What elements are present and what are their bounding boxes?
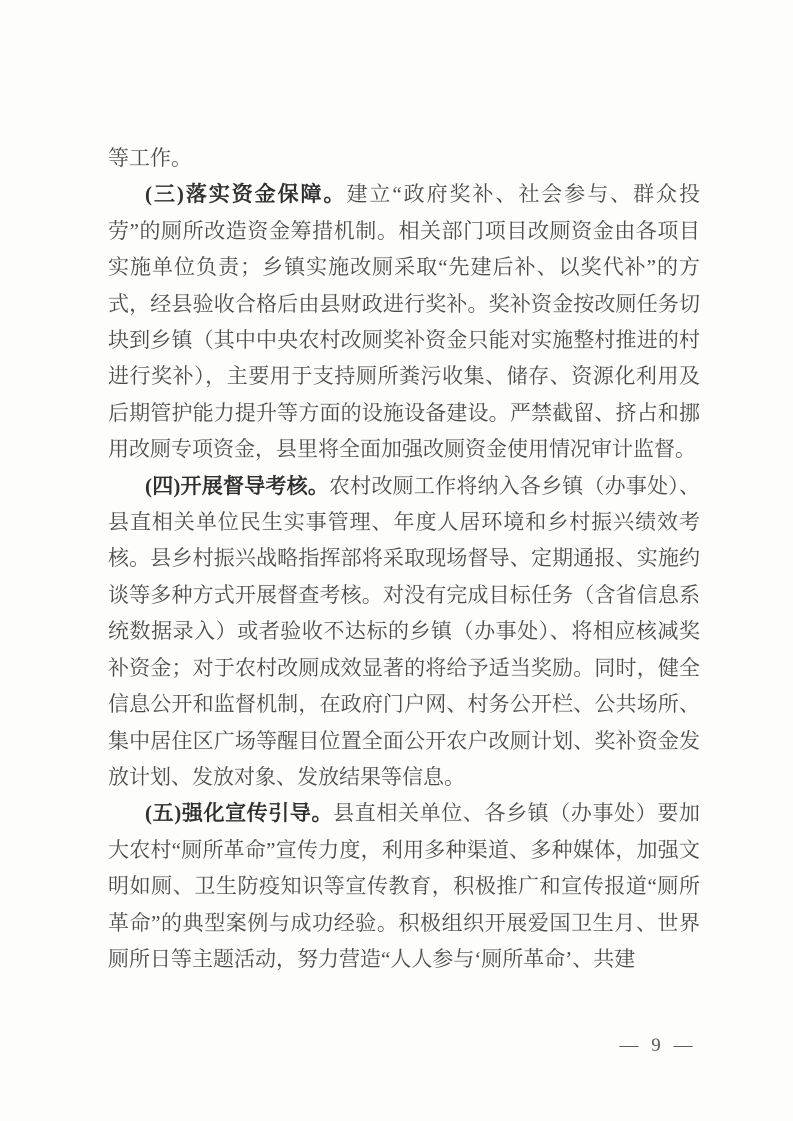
document-sheet: 等工作。 (三)落实资金保障。建立“政府奖补、社会参与、群众投劳”的厕所改造资金… <box>0 0 793 1121</box>
paragraph-section-5: (五)强化宣传引导。县直相关单位、各乡镇（办事处）要加大农村“厕所革命”宣传力度… <box>108 795 700 977</box>
paragraph-text: 等工作。 <box>108 146 192 170</box>
section-5-heading: (五)强化宣传引导。 <box>145 801 333 825</box>
scanned-document-page: { "document": { "paragraphs": [ { "lead"… <box>0 0 793 1121</box>
document-body: 等工作。 (三)落实资金保障。建立“政府奖补、社会参与、群众投劳”的厕所改造资金… <box>108 140 700 977</box>
paragraph-text: 建立“政府奖补、社会参与、群众投劳”的厕所改造资金筹措机制。相关部门项目改厕资金… <box>108 182 700 461</box>
paragraph-section-3: (三)落实资金保障。建立“政府奖补、社会参与、群众投劳”的厕所改造资金筹措机制。… <box>108 176 700 467</box>
paragraph-continuation: 等工作。 <box>108 140 700 176</box>
paragraph-text: 县直相关单位、各乡镇（办事处）要加大农村“厕所革命”宣传力度，利用多种渠道、多种… <box>108 801 700 971</box>
section-3-heading: (三)落实资金保障。 <box>145 182 346 206</box>
paragraph-text: 农村改厕工作将纳入各乡镇（办事处）、县直相关单位民生实事管理、年度人居环境和乡村… <box>108 474 700 789</box>
page-number: — 9 — <box>598 1035 718 1057</box>
paragraph-section-4: (四)开展督导考核。农村改厕工作将纳入各乡镇（办事处）、县直相关单位民生实事管理… <box>108 468 700 796</box>
section-4-heading: (四)开展督导考核。 <box>145 474 329 498</box>
